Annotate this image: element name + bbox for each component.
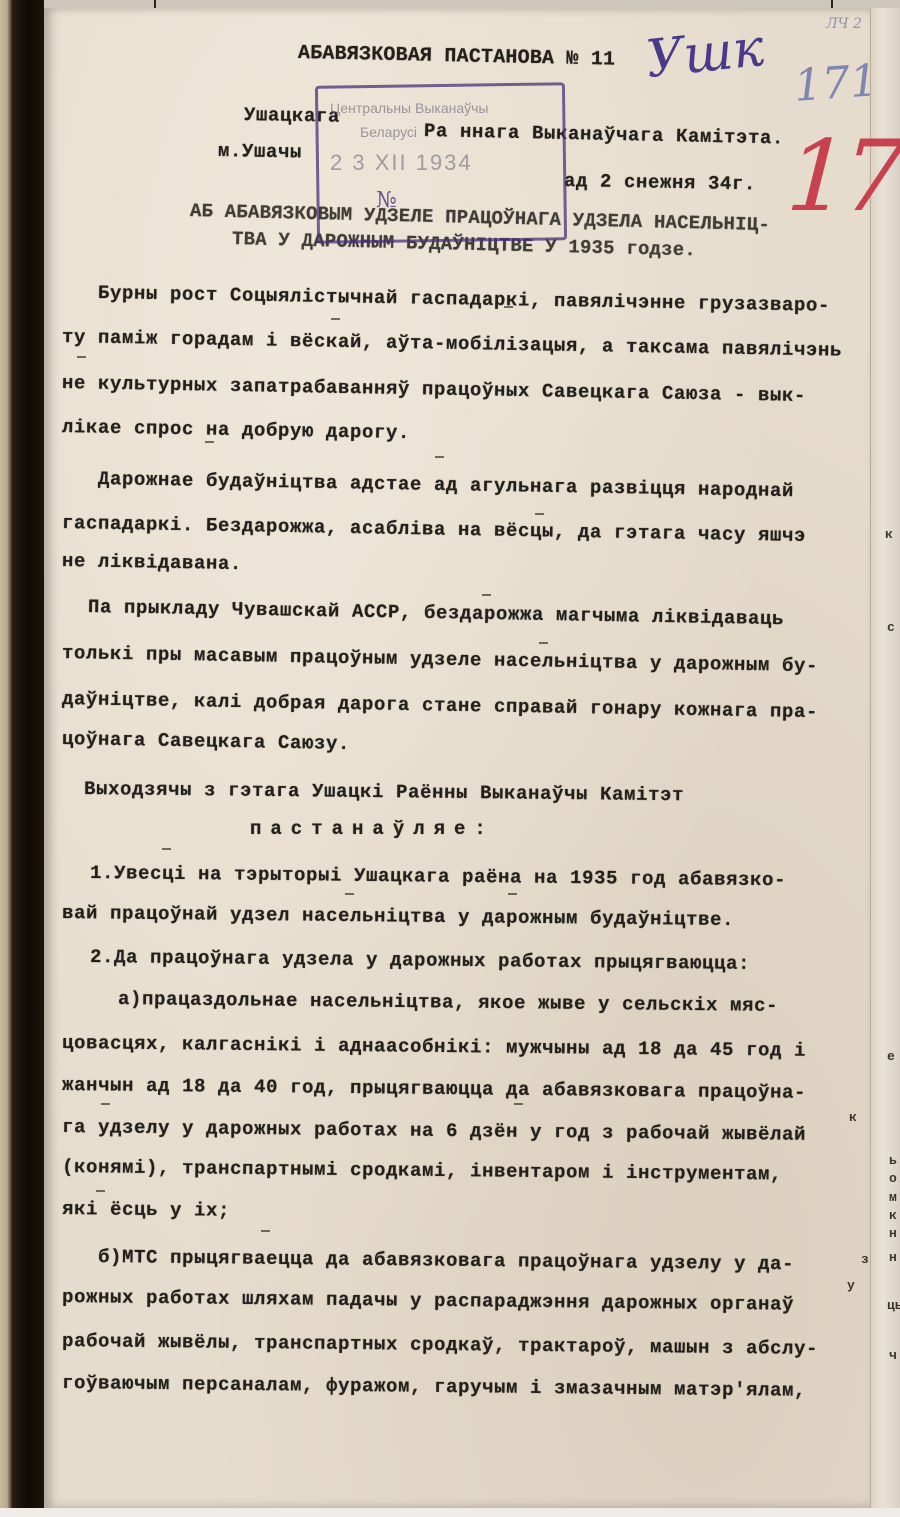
edge-char: к [885, 527, 893, 542]
document-date: ад 2 снежня 34г. [564, 170, 756, 195]
subitem-line: які ёсць у іх; [62, 1198, 230, 1222]
edge-char: ь [889, 1153, 897, 1168]
typewriter-mark [539, 642, 548, 644]
edge-char: з [861, 1252, 869, 1267]
typewriter-mark [435, 456, 444, 458]
edge-char: ць [887, 1298, 900, 1313]
binding-spine [12, 0, 44, 1517]
stamp-number-label: № [376, 188, 397, 213]
edge-char: у [847, 1278, 855, 1293]
edge-char: ч [889, 1348, 897, 1363]
edge-char: о [889, 1171, 897, 1186]
corner-number: ЛЧ 2 [826, 16, 862, 32]
typewriter-mark [77, 356, 86, 358]
typewriter-mark [96, 1190, 105, 1192]
typewriter-mark [345, 893, 354, 895]
resolution-heading: пастанаўляе: [250, 818, 495, 840]
edge-char: е [887, 1049, 895, 1064]
typewriter-mark [504, 306, 513, 308]
edge-char: н [889, 1226, 897, 1241]
edge-char: к [889, 1208, 897, 1223]
typewriter-mark [205, 441, 214, 443]
place: м.Ушачы [218, 140, 302, 163]
stamp-institution-2: Беларусі [360, 124, 417, 140]
typewriter-mark [482, 594, 491, 596]
archive-number-blue: 171 [792, 55, 879, 112]
paragraph-line: не ліквідавана. [62, 550, 242, 575]
typewriter-mark [331, 318, 340, 320]
typewriter-mark [101, 1103, 110, 1105]
edge-char: н [889, 1250, 897, 1265]
scan-bottom-border [0, 1508, 900, 1517]
typewriter-mark [535, 513, 544, 515]
edge-char: м [889, 1190, 897, 1205]
stamp-date: 2 3 XII 1934 [330, 150, 473, 176]
edge-char: с [887, 620, 895, 635]
typewriter-mark [514, 1103, 523, 1105]
edge-char: к [849, 1110, 857, 1125]
stamp-institution: Центральны Выканаўчы [330, 100, 489, 116]
handwritten-signature: Ушк [643, 18, 767, 90]
typewriter-mark [162, 848, 171, 850]
typewriter-mark [508, 893, 517, 895]
typewriter-mark [261, 1230, 270, 1232]
underlying-sheets-edge: к с е к ь о м к н н з у ць ч [870, 8, 900, 1517]
adjacent-page-edge [0, 0, 12, 1517]
